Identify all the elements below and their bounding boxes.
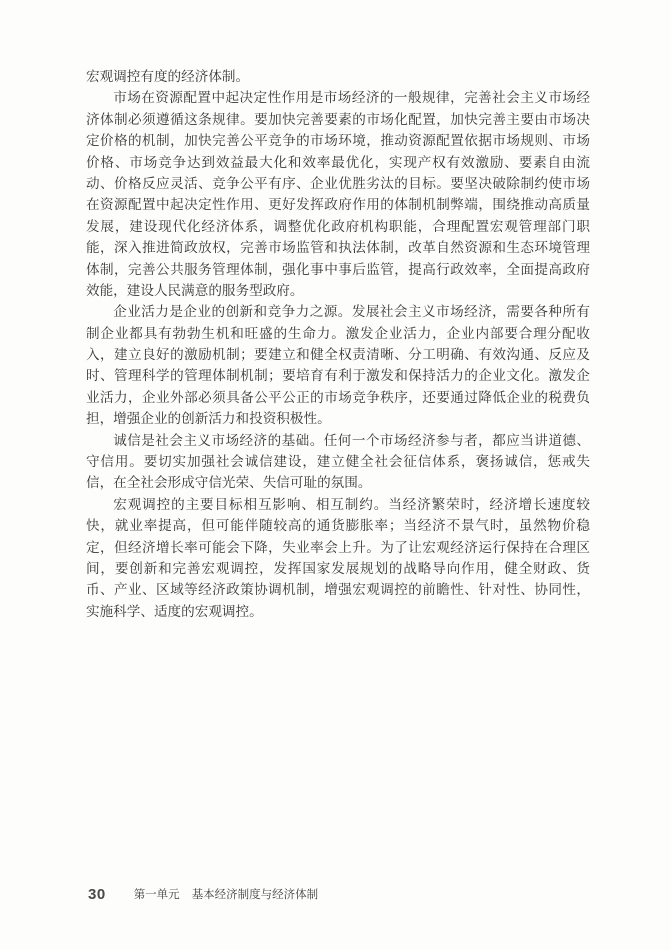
text-line: 宏观调控有度的经济体制。 [86,66,590,87]
text-line: 信，在全社会形成守信光荣、失信可耻的氛围。 [86,472,590,493]
text-line: 宏观调控的主要目标相互影响、相互制约。当经济繁荣时，经济增长速度较 [86,494,590,515]
text-line: 入，建立良好的激励机制；要建立和健全权责清晰、分工明确、有效沟通、反应及 [86,344,590,365]
text-line: 币、产业、区域等经济政策协调机制，增强宏观调控的前瞻性、针对性、协同性， [86,579,590,600]
text-line: 效能，建设人民满意的服务型政府。 [86,280,590,301]
text-line: 能，深入推进简政放权，完善市场监管和执法体制，改革自然资源和生态环境管理 [86,237,590,258]
text-line: 间，要创新和完善宏观调控，发挥国家发展规划的战略导向作用，健全财政、货 [86,558,590,579]
text-line: 诚信是社会主义市场经济的基础。任何一个市场经济参与者，都应当讲道德、 [86,430,590,451]
text-line: 市场在资源配置中起决定性作用是市场经济的一般规律，完善社会主义市场经 [86,87,590,108]
text-line: 发展，建设现代化经济体系，调整优化政府机构职能，合理配置宏观管理部门职 [86,216,590,237]
footer-unit-label: 第一单元 [134,886,180,902]
textbook-page: 宏观调控有度的经济体制。市场在资源配置中起决定性作用是市场经济的一般规律，完善社… [0,0,671,950]
text-line: 济体制必须遵循这条规律。要加快完善要素的市场化配置，加快完善主要由市场决 [86,109,590,130]
text-line: 价格、市场竞争达到效益最大化和效率最优化，实现产权有效激励、要素自由流 [86,152,590,173]
text-line: 动、价格反应灵活、竞争公平有序、企业优胜劣汰的目标。要坚决破除制约使市场 [86,173,590,194]
page-number: 30 [88,886,106,903]
footer-unit-title: 基本经济制度与经济体制 [192,886,319,902]
text-line: 时、管理科学的管理体制机制；要培育有利于激发和保持活力的企业文化。激发企 [86,365,590,386]
text-line: 业活力，企业外部必须具备公平公正的市场竞争秩序，还要通过降低企业的税费负 [86,387,590,408]
text-line: 定，但经济增长率可能会下降，失业率会上升。为了让宏观经济运行保持在合理区 [86,537,590,558]
page-footer: 30 第一单元 基本经济制度与经济体制 [88,883,588,905]
text-line: 体制，完善公共服务管理体制，强化事中事后监管，提高行政效率，全面提高政府 [86,259,590,280]
text-line: 守信用。要切实加强社会诚信建设，建立健全社会征信体系，褒扬诚信，惩戒失 [86,451,590,472]
text-line: 实施科学、适度的宏观调控。 [86,601,590,622]
text-line: 快，就业率提高，但可能伴随较高的通货膨胀率；当经济不景气时，虽然物价稳 [86,515,590,536]
text-line: 制企业都具有勃勃生机和旺盛的生命力。激发企业活力，企业内部要合理分配收 [86,323,590,344]
text-line: 担，增强企业的创新活力和投资积极性。 [86,408,590,429]
text-line: 企业活力是企业的创新和竞争力之源。发展社会主义市场经济，需要各种所有 [86,301,590,322]
text-line: 定价格的机制，加快完善公平竞争的市场环境，推动资源配置依据市场规则、市场 [86,130,590,151]
text-line: 在资源配置中起决定性作用、更好发挥政府作用的体制机制弊端，围绕推动高质量 [86,194,590,215]
body-text: 宏观调控有度的经济体制。市场在资源配置中起决定性作用是市场经济的一般规律，完善社… [86,66,590,622]
